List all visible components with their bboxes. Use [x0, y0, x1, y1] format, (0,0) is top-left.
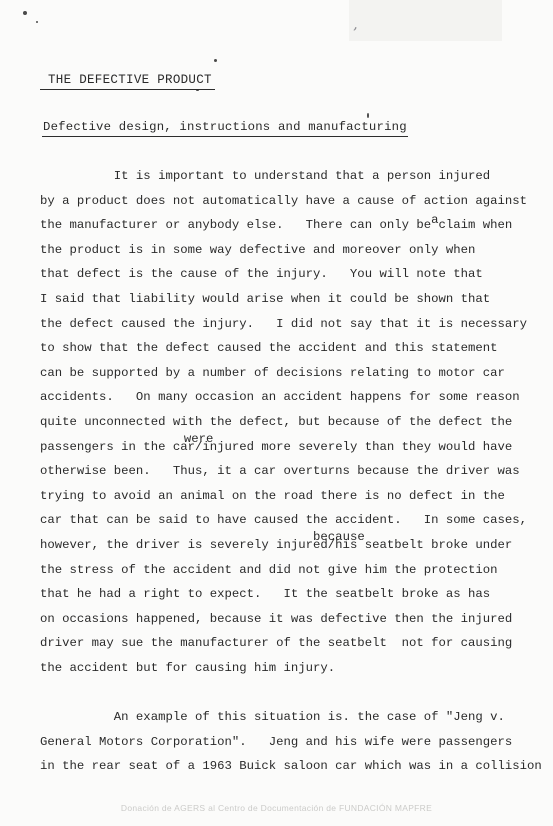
text-line: I said that liability would arise when i… [40, 287, 545, 312]
text-line: trying to avoid an animal on the road th… [40, 484, 545, 509]
text-line: otherwise been. Thus, it a car overturns… [40, 459, 545, 484]
scan-speck [23, 11, 27, 15]
text-line: however, the driver is severely injured/… [40, 533, 545, 558]
text-line: quite unconnected with the defect, but b… [40, 410, 545, 435]
text-line: on occasions happened, because it was de… [40, 607, 545, 632]
inserted-word-above-line: were [184, 427, 214, 452]
text-line: car that can be said to have caused the … [40, 508, 545, 533]
text-line: in the rear seat of a 1963 Buick saloon … [40, 754, 545, 779]
document-subtitle-row: Defective design, instructions and manuf… [42, 120, 408, 137]
scanned-document-page: { "document": { "title": "THE DEFECTIVE … [0, 0, 553, 826]
text-line: that he had a right to expect. It the se… [40, 582, 545, 607]
text-line: An example of this situation is. the cas… [40, 705, 545, 730]
text-line: General Motors Corporation". Jeng and hi… [40, 730, 545, 755]
typed-insertion: ar/inwere [180, 440, 217, 454]
text-line: by a product does not automatically have… [40, 189, 545, 214]
text-line: can be supported by a number of decision… [40, 361, 545, 386]
text-line: the accident but for causing him injury. [40, 656, 545, 681]
inserted-word-above-line: because [313, 525, 365, 550]
text-line: the stress of the accident and did not g… [40, 558, 545, 583]
text-line: the product is in some way defective and… [40, 238, 545, 263]
typed-raised-insertion: a [431, 213, 438, 227]
body-text: It is important to understand that a per… [40, 164, 545, 779]
scan-speck [36, 21, 38, 23]
page-title: THE DEFECTIVE PRODUCT [40, 73, 215, 90]
text-line: the manufacturer or anybody else. There … [40, 213, 545, 238]
section-heading: Defective design, instructions and manuf… [42, 120, 408, 137]
text-line: accidents. On many occasion an accident … [40, 385, 545, 410]
document-title-row: THE DEFECTIVE PRODUCT [40, 73, 215, 90]
text-line: the defect caused the injury. I did not … [40, 312, 545, 337]
text-line: that defect is the cause of the injury. … [40, 262, 545, 287]
text-line: driver may sue the manufacturer of the s… [40, 631, 545, 656]
scan-speck [367, 113, 369, 118]
text-line: to show that the defect caused the accid… [40, 336, 545, 361]
text-line: passengers in the car/inwerejured more s… [40, 435, 545, 460]
scan-shade-artifact [349, 0, 502, 41]
watermark: Donación de AGERS al Centro de Documenta… [0, 803, 553, 813]
text-line: It is important to understand that a per… [40, 164, 545, 189]
paragraph: It is important to understand that a per… [40, 164, 545, 680]
typed-insertion: d/hisbecause [320, 538, 357, 552]
paragraph: An example of this situation is. the cas… [40, 705, 545, 779]
scan-speck [214, 59, 217, 62]
